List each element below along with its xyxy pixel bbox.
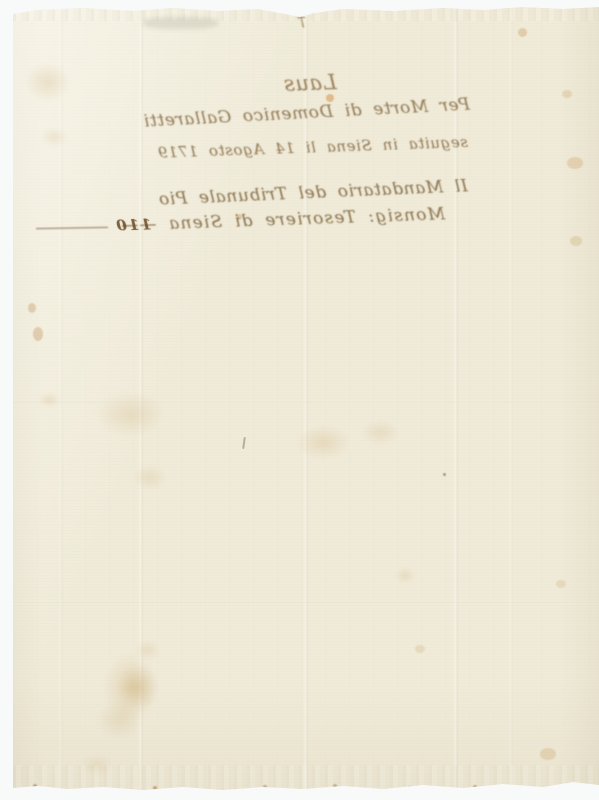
- horizontal-fold-crease: [13, 602, 599, 604]
- scanner-background: † Laus Per Morte di Domenico Gallaretti …: [0, 0, 599, 800]
- speck: [567, 157, 583, 169]
- speck: [562, 90, 572, 98]
- speck: [518, 28, 527, 37]
- stain: [25, 62, 70, 102]
- stain: [82, 755, 112, 775]
- paper-sheet: † Laus Per Morte di Domenico Gallaretti …: [13, 5, 599, 791]
- speck: [33, 784, 37, 788]
- speck: [473, 785, 477, 789]
- bleedthrough-line-2: seguita in Siena li 14 Agosto 1719: [178, 133, 468, 161]
- vertical-fold-crease: [453, 5, 459, 791]
- stain: [38, 393, 60, 407]
- speck: [570, 236, 582, 246]
- bleedthrough-header-word: Laus: [270, 70, 351, 97]
- stain: [97, 700, 142, 740]
- paper-fiber: [242, 437, 246, 449]
- speck: [263, 785, 267, 789]
- stain: [296, 425, 351, 460]
- sum-dash-line: [36, 226, 108, 229]
- speck: [556, 580, 566, 588]
- faint-smudge: [143, 17, 218, 29]
- stain: [132, 465, 167, 490]
- speck: [333, 784, 337, 788]
- speck: [153, 786, 157, 790]
- stain: [40, 128, 68, 146]
- speck: [415, 645, 425, 653]
- speck: [443, 473, 446, 476]
- stain: [96, 392, 166, 437]
- speck: [28, 303, 36, 313]
- speck: [408, 786, 412, 790]
- bleedthrough-line-1: Per Morte di Domenico Gallaretti: [150, 95, 471, 132]
- stain: [360, 420, 400, 445]
- vertical-fold-crease: [508, 5, 514, 791]
- sum-value: 110: [110, 215, 157, 235]
- speck: [33, 327, 43, 341]
- stain: [395, 568, 415, 583]
- speck: [565, 783, 570, 788]
- cross-mark: †: [297, 11, 307, 31]
- speck: [540, 748, 556, 760]
- stain: [135, 640, 160, 660]
